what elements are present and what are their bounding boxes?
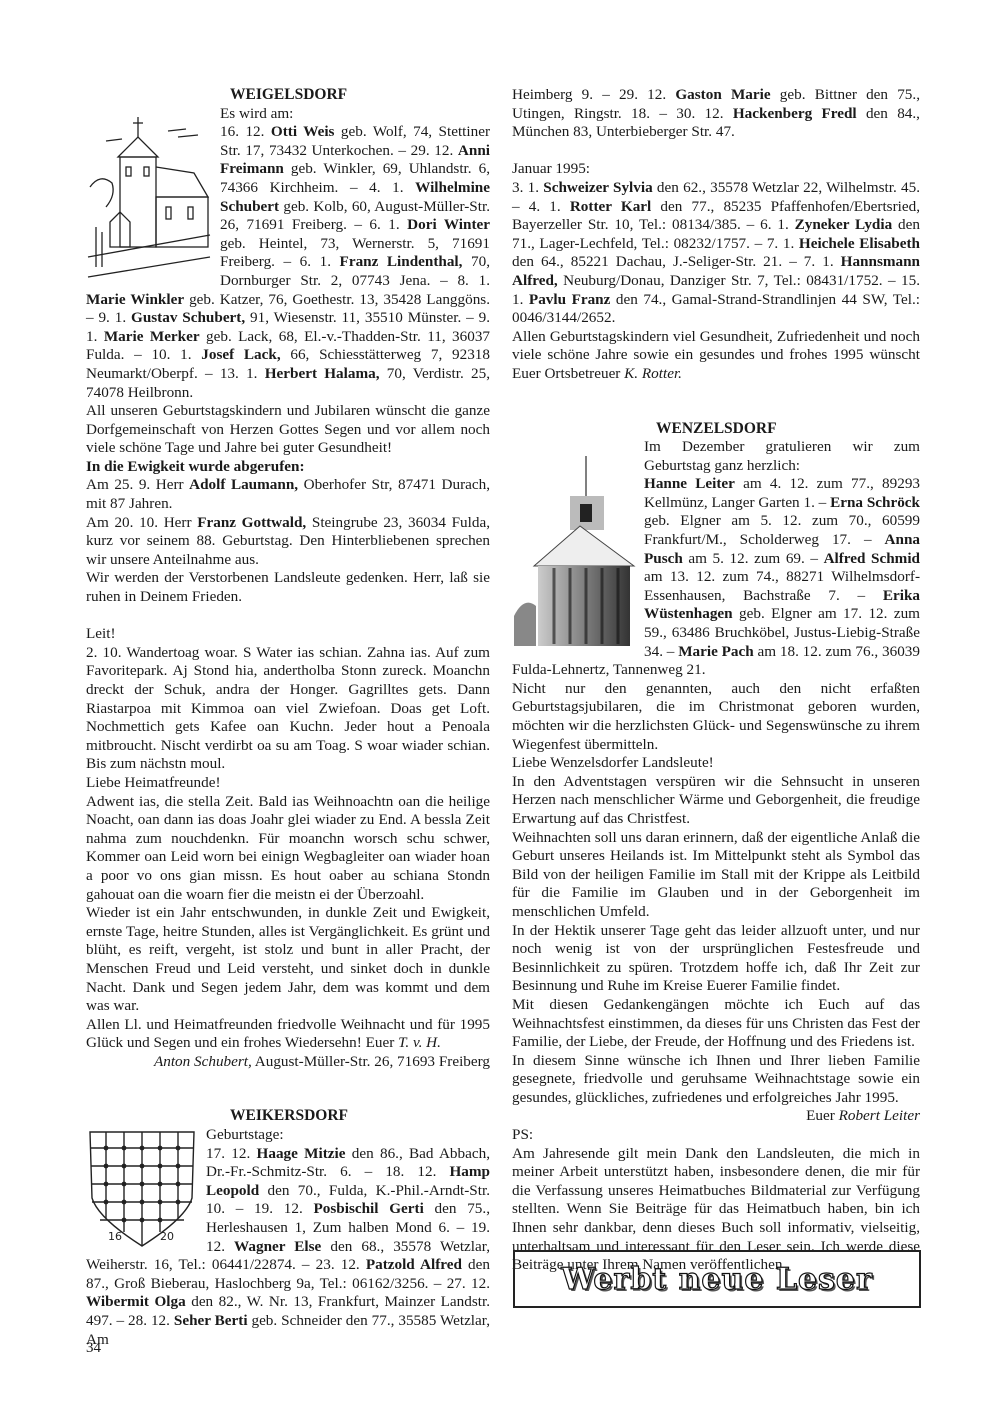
section-title-weigelsdorf: WEIGELSDORF [86,86,490,105]
closing-text: Allen Geburtstagskindern viel Gesundheit… [512,328,920,384]
signature: Euer Robert Leiter [512,1107,920,1126]
memorial-text: Wir werden der Verstorbenen Landsleute g… [86,569,490,606]
dialect-text: Adwent ias, die stella Zeit. Bald ias We… [86,793,490,905]
birthday-list-continued: Heimberg 9. – 29. 12. Gaston Marie geb. … [512,86,920,142]
paragraph: In der Hektik unserer Tage geht das leid… [512,922,920,996]
wishes-text: All unseren Geburtstagskindern und Jubil… [86,402,490,458]
deceased-entry: Am 25. 9. Herr Adolf Laumann, Oberhofer … [86,476,490,513]
paragraph: Weihnachten soll uns daran erinnern, daß… [512,829,920,922]
poem-text: Wieder ist ein Jahr entschwunden, in dun… [86,904,490,1016]
paragraph: In den Adventstagen verspüren wir die Se… [512,773,920,829]
birthday-list: 3. 1. Schweizer Sylvia den 62., 35578 We… [512,179,920,328]
advertisement-text: Werbt neue Leser [561,1262,873,1297]
signature: Anton Schubert, August-Müller-Str. 26, 7… [86,1053,490,1072]
paragraph: Mit diesen Gedankengängen möchte ich Euc… [512,996,920,1052]
church-drawing-icon [86,107,212,283]
greeting-text: Liebe Wenzelsdorfer Landsleute! [512,754,920,773]
chapel-photo-icon [514,456,636,646]
svg-text:20: 20 [160,1230,174,1243]
wishes-text: Nicht nur den genannten, auch den nicht … [512,680,920,754]
ps-label: PS: [512,1126,920,1145]
right-column: Heimberg 9. – 29. 12. Gaston Marie geb. … [512,86,920,1275]
section-title-weikersdorf: WEIKERSDORF [86,1107,490,1126]
closing-text: Allen Ll. und Heimatfreunden friedvolle … [86,1016,490,1053]
section-title-wenzelsdorf: WENZELSDORF [512,420,920,439]
left-column: WEIGELSDORF Es wird am: 16. 12. Otti Wei… [86,86,490,1349]
deceased-entry: Am 20. 10. Herr Franz Gottwald, Steingru… [86,514,490,570]
advertisement-box: Werbt neue Leser [513,1250,921,1308]
page-number: 34 [86,1340,101,1357]
january-heading: Januar 1995: [512,160,920,179]
dialect-text: 2. 10. Wandertoag woar. S Water ias schi… [86,644,490,774]
greeting-text: Liebe Heimatfreunde! [86,774,490,793]
svg-text:16: 16 [108,1230,122,1243]
leit-heading: Leit! [86,625,490,644]
coat-of-arms-shield-icon: 16 20 [86,1128,198,1248]
paragraph: In diesem Sinne wünsche ich Ihnen und Ih… [512,1052,920,1108]
deceased-heading: In die Ewigkeit wurde abgerufen: [86,458,490,477]
